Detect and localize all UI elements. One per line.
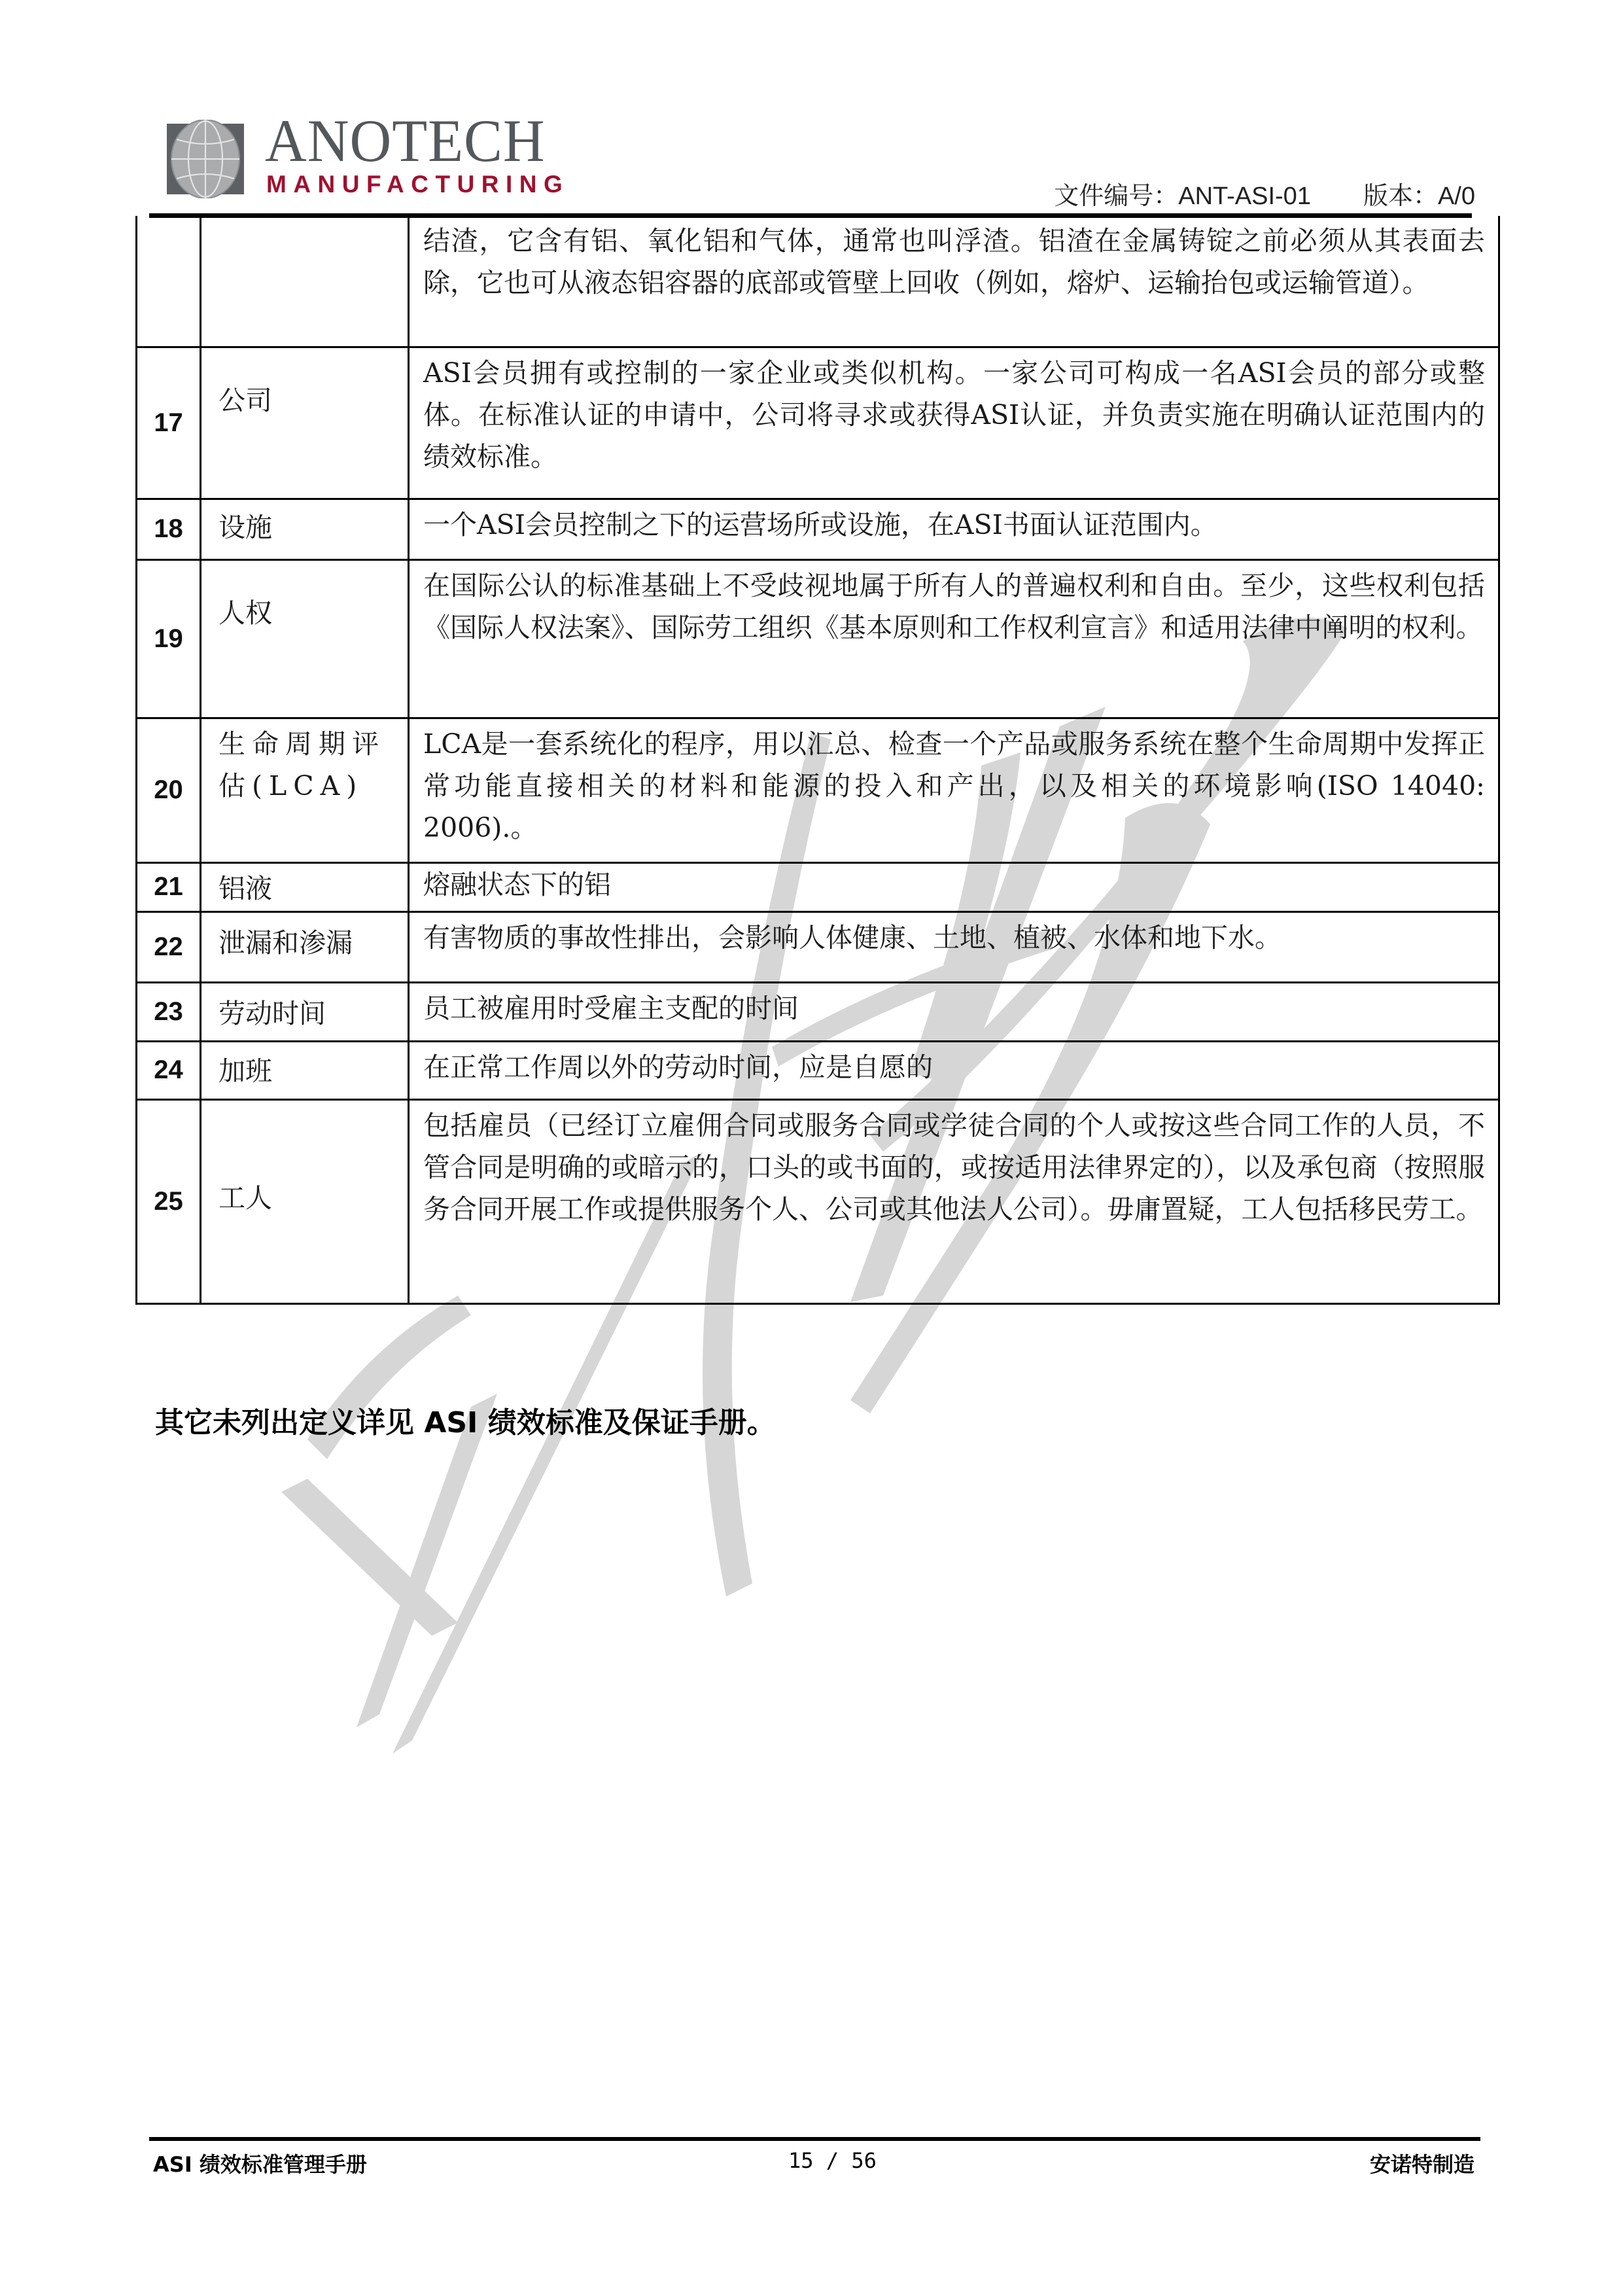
row-definition: LCA是一套系统化的程序，用以汇总、检查一个产品或服务系统在整个生命周期中发挥正… [409, 718, 1499, 862]
table-row: 22 泄漏和渗漏 有害物质的事故性排出，会影响人体健康、土地、植被、水体和地下水… [137, 911, 1499, 982]
row-number: 17 [137, 347, 201, 499]
table-row: 23 劳动时间 员工被雇用时受雇主支配的时间 [137, 982, 1499, 1041]
table-row: 25 工人 包括雇员（已经订立雇佣合同或服务合同或学徒合同的个人或按这些合同工作… [137, 1099, 1499, 1303]
row-number: 23 [137, 982, 201, 1041]
row-number: 24 [137, 1041, 201, 1099]
row-number: 18 [137, 499, 201, 559]
row-definition: 包括雇员（已经订立雇佣合同或服务合同或学徒合同的个人或按这些合同工作的人员，不管… [409, 1099, 1499, 1303]
document-version: 版本：A/0 [1363, 183, 1475, 210]
table-row: 18 设施 一个ASI会员控制之下的运营场所或设施，在ASI书面认证范围内。 [137, 499, 1499, 559]
row-term: 设施 [201, 499, 409, 559]
row-term: 工人 [201, 1099, 409, 1303]
row-number: 20 [137, 718, 201, 862]
row-term: 加班 [201, 1041, 409, 1099]
table-row: 21 铝液 熔融状态下的铝 [137, 862, 1499, 911]
row-definition: 员工被雇用时受雇主支配的时间 [409, 982, 1499, 1041]
row-term: 铝液 [201, 862, 409, 911]
row-term: 人权 [201, 559, 409, 718]
footer-manual-title: ASI 绩效标准管理手册 [153, 2148, 367, 2178]
row-definition: 一个ASI会员控制之下的运营场所或设施，在ASI书面认证范围内。 [409, 499, 1499, 559]
globe-icon [167, 120, 244, 198]
row-definition: 有害物质的事故性排出，会影响人体健康、土地、植被、水体和地下水。 [409, 911, 1499, 982]
row-number: 19 [137, 559, 201, 718]
definitions-table: 结渣，它含有铝、氧化铝和气体，通常也叫浮渣。铝渣在金属铸锭之前必须从其表面去除，… [135, 216, 1500, 1305]
row-term: 泄漏和渗漏 [201, 911, 409, 982]
row-definition: 结渣，它含有铝、氧化铝和气体，通常也叫浮渣。铝渣在金属铸锭之前必须从其表面去除，… [409, 216, 1499, 347]
row-term: 生命周期评估(LCA) [201, 718, 409, 862]
row-number: 22 [137, 911, 201, 982]
row-term [201, 216, 409, 347]
row-term: 公司 [201, 347, 409, 499]
row-number: 21 [137, 862, 201, 911]
logo-subtitle: MANUFACTURING [266, 172, 569, 196]
page-number: 15 / 56 [788, 2148, 877, 2173]
footer-company: 安诺特制造 [1370, 2148, 1475, 2178]
row-definition: 在正常工作周以外的劳动时间，应是自愿的 [409, 1041, 1499, 1099]
row-definition: 熔融状态下的铝 [409, 862, 1499, 911]
row-definition: 在国际公认的标准基础上不受歧视地属于所有人的普遍权利和自由。至少，这些权利包括《… [409, 559, 1499, 718]
table-row: 20 生命周期评估(LCA) LCA是一套系统化的程序，用以汇总、检查一个产品或… [137, 718, 1499, 862]
table-row: 19 人权 在国际公认的标准基础上不受歧视地属于所有人的普遍权利和自由。至少，这… [137, 559, 1499, 718]
row-number: 25 [137, 1099, 201, 1303]
table-row: 17 公司 ASI会员拥有或控制的一家企业或类似机构。一家公司可构成一名ASI会… [137, 347, 1499, 499]
document-meta: 文件编号：ANT-ASI-01版本：A/0 [1054, 175, 1475, 211]
row-number [137, 216, 201, 347]
table-row: 结渣，它含有铝、氧化铝和气体，通常也叫浮渣。铝渣在金属铸锭之前必须从其表面去除，… [137, 216, 1499, 347]
company-logo: ANOTECH MANUFACTURING [167, 115, 572, 200]
table-row: 24 加班 在正常工作周以外的劳动时间，应是自愿的 [137, 1041, 1499, 1099]
logo-wordmark: ANOTECH [265, 111, 546, 171]
footnote-text: 其它未列出定义详见 ASI 绩效标准及保证手册。 [155, 1399, 776, 1441]
footer-divider [149, 2137, 1480, 2141]
row-term: 劳动时间 [201, 982, 409, 1041]
row-definition: ASI会员拥有或控制的一家企业或类似机构。一家公司可构成一名ASI会员的部分或整… [409, 347, 1499, 499]
document-number: 文件编号：ANT-ASI-01 [1054, 183, 1311, 210]
